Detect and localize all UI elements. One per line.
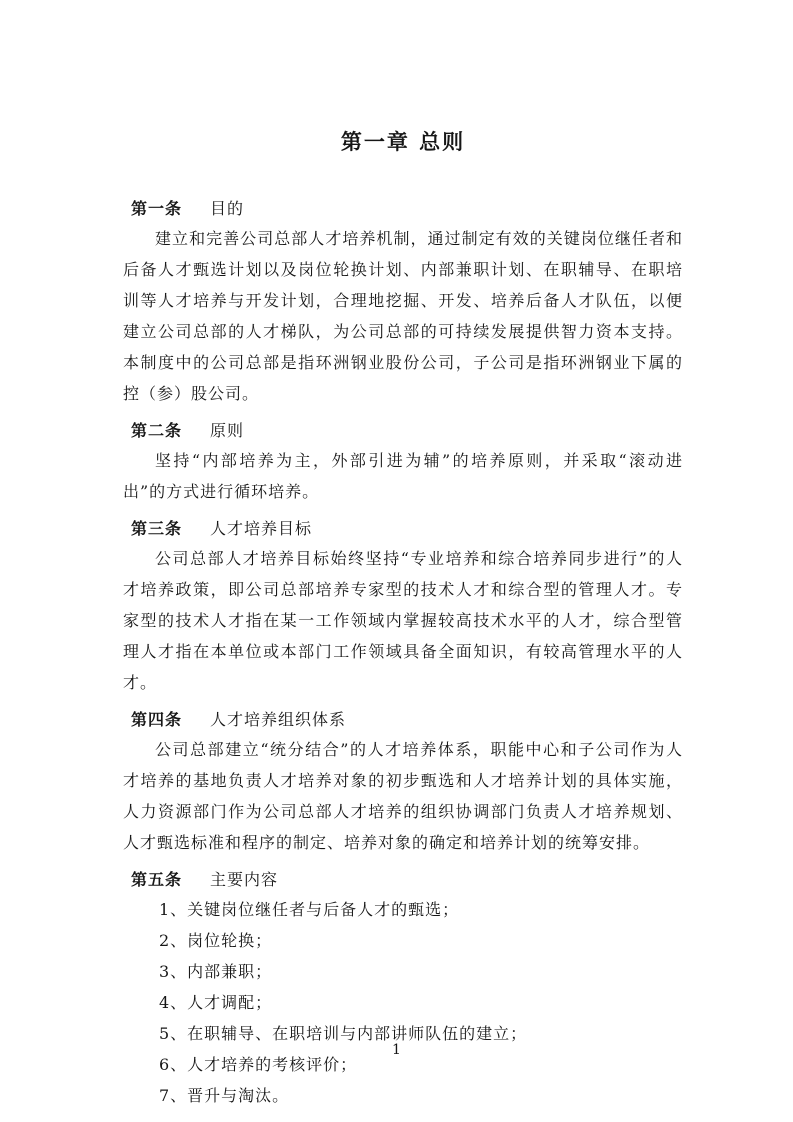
list-item: 7、晋升与淘汰。 — [159, 1080, 683, 1111]
article-3-number: 第三条 — [131, 519, 182, 538]
article-5-title: 主要内容 — [210, 870, 278, 889]
list-item: 2、岗位轮换； — [159, 925, 683, 956]
article-3-heading: 第三条人才培养目标 — [131, 515, 683, 543]
article-2-title: 原则 — [210, 421, 244, 440]
article-1-heading: 第一条目的 — [131, 195, 683, 223]
article-1-number: 第一条 — [131, 199, 182, 218]
list-item: 3、内部兼职； — [159, 956, 683, 987]
article-4-paragraph: 公司总部建立“统分结合”的人才培养体系，职能中心和子公司作为人才培养的基地负责人… — [123, 734, 683, 858]
article-2-heading: 第二条原则 — [131, 417, 683, 445]
article-2: 第二条原则 坚持“内部培养为主，外部引进为辅”的培养原则，并采取“滚动进出”的方… — [123, 417, 683, 507]
chapter-title: 第一章 总则 — [123, 128, 683, 155]
article-1: 第一条目的 建立和完善公司总部人才培养机制，通过制定有效的关键岗位继任者和后备人… — [123, 195, 683, 409]
article-3: 第三条人才培养目标 公司总部人才培养目标始终坚持“专业培养和综合培养同步进行”的… — [123, 515, 683, 698]
article-4-title: 人才培养组织体系 — [210, 710, 346, 729]
article-4-heading: 第四条人才培养组织体系 — [131, 706, 683, 734]
document-body: 第一条目的 建立和完善公司总部人才培养机制，通过制定有效的关键岗位继任者和后备人… — [123, 195, 683, 1111]
page-number: 1 — [0, 1041, 793, 1059]
article-1-paragraph: 建立和完善公司总部人才培养机制，通过制定有效的关键岗位继任者和后备人才甄选计划以… — [123, 223, 683, 409]
article-5-heading: 第五条主要内容 — [131, 866, 683, 894]
article-2-paragraph: 坚持“内部培养为主，外部引进为辅”的培养原则，并采取“滚动进出”的方式进行循环培… — [123, 445, 683, 507]
article-5-number: 第五条 — [131, 870, 182, 889]
list-item: 4、人才调配； — [159, 987, 683, 1018]
article-5: 第五条主要内容 1、关键岗位继任者与后备人才的甄选； 2、岗位轮换； 3、内部兼… — [123, 866, 683, 1111]
article-4-number: 第四条 — [131, 710, 182, 729]
article-3-paragraph: 公司总部人才培养目标始终坚持“专业培养和综合培养同步进行”的人才培养政策，即公司… — [123, 543, 683, 698]
article-5-item-list: 1、关键岗位继任者与后备人才的甄选； 2、岗位轮换； 3、内部兼职； 4、人才调… — [123, 894, 683, 1111]
article-4: 第四条人才培养组织体系 公司总部建立“统分结合”的人才培养体系，职能中心和子公司… — [123, 706, 683, 858]
article-1-title: 目的 — [210, 199, 244, 218]
list-item: 1、关键岗位继任者与后备人才的甄选； — [159, 894, 683, 925]
article-3-title: 人才培养目标 — [210, 519, 312, 538]
article-2-number: 第二条 — [131, 421, 182, 440]
document-page: 第一章 总则 第一条目的 建立和完善公司总部人才培养机制，通过制定有效的关键岗位… — [0, 0, 793, 1122]
